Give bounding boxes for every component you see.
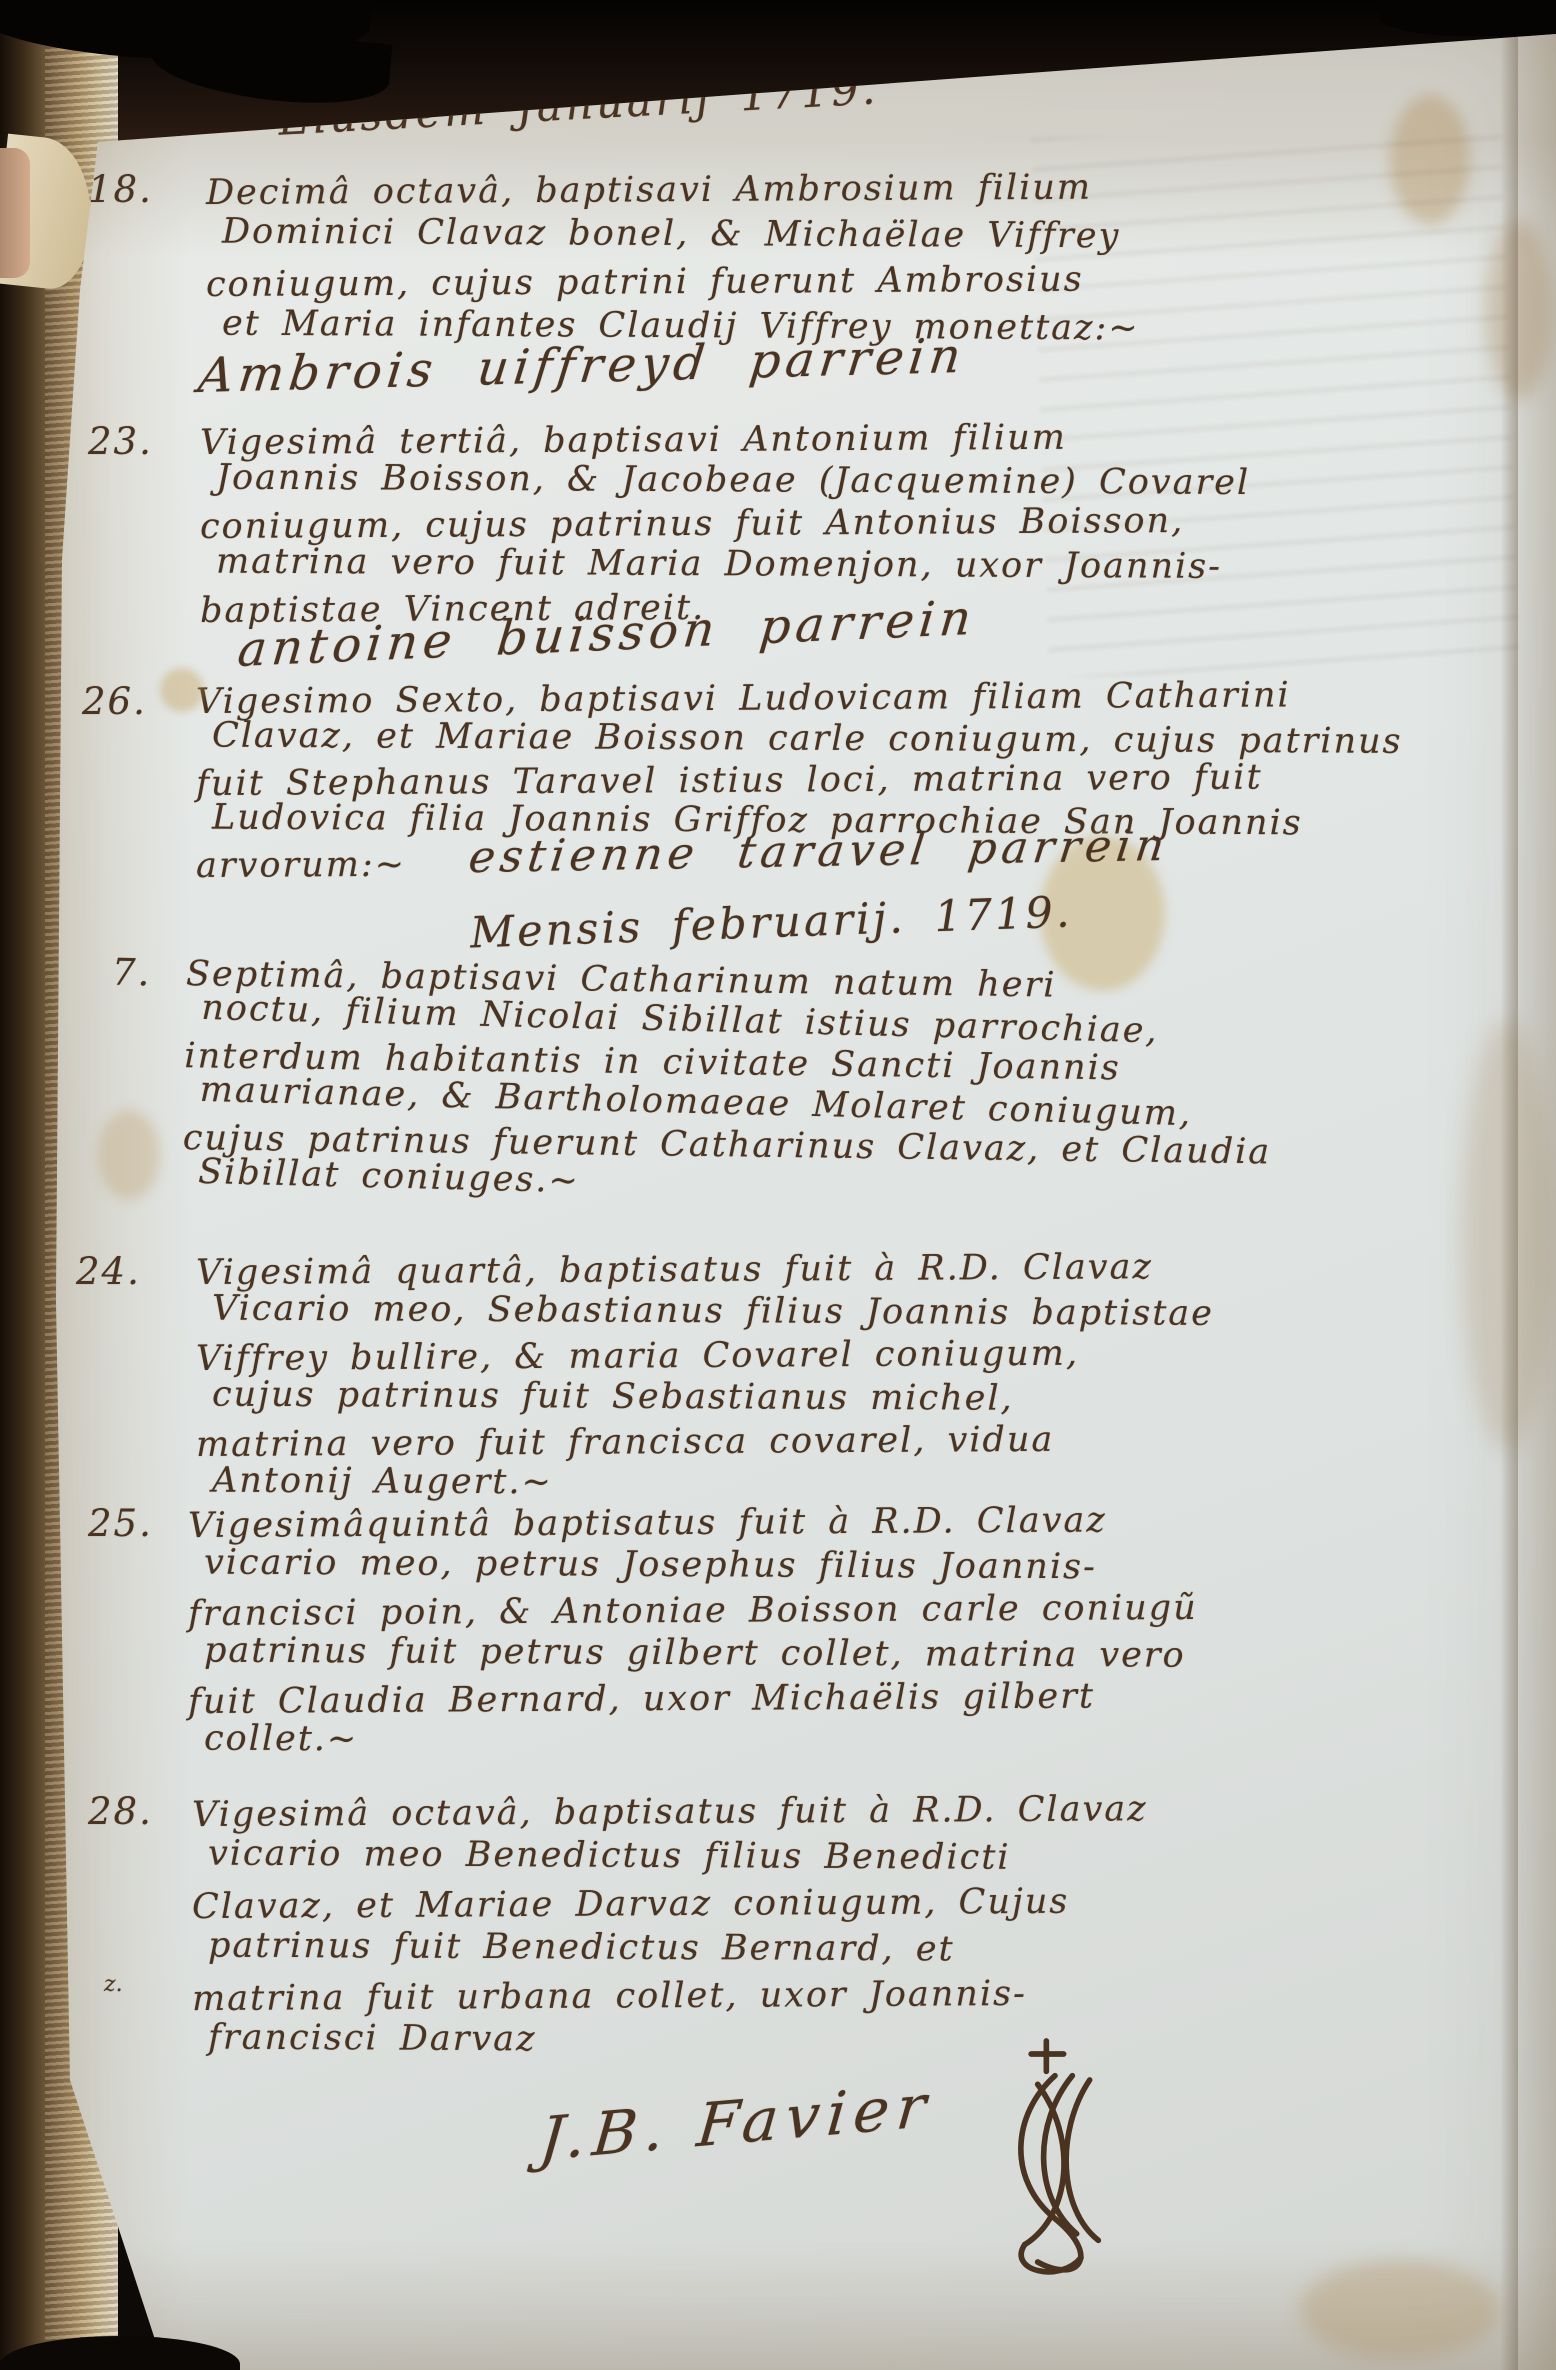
page-edge-sliver xyxy=(0,148,30,278)
month-header-february: Mensis februarij. 1719. xyxy=(469,888,1073,959)
shadow-blob xyxy=(1380,0,1556,36)
entry-line: Vigesimâ quartâ, baptisatus fuit à R.D. … xyxy=(196,1244,1526,1295)
baptism-entry-25: 25. Vigesimâquintâ baptisatus fuit à R.D… xyxy=(88,1500,1526,1764)
entry-line: vicario meo Benedictus filius Benedicti xyxy=(208,1831,1542,1884)
entry-day-number: 24. xyxy=(76,1250,141,1293)
entry-line: patrinus fuit petrus gilbert collet, mat… xyxy=(204,1629,1542,1680)
signature-flourish xyxy=(940,2028,1170,2288)
entry-text: Septimâ, baptisavi Catharinum natum heri… xyxy=(182,950,1528,1222)
entry-day-number: 18. xyxy=(88,168,153,211)
priest-signature: J.B. Favier xyxy=(537,2071,936,2175)
entry-line: Clavaz, et Mariae Darvaz coniugum, Cujus xyxy=(192,1876,1526,1930)
baptism-entry-28: 28. Vigesimâ octavâ, baptisatus fuit à R… xyxy=(88,1788,1526,2064)
entry-day-number: 26. xyxy=(82,680,147,723)
entry-line: matrina fuit urbana collet, uxor Joannis… xyxy=(192,1968,1526,2022)
paper-stain xyxy=(160,668,204,712)
manuscript-page: + 172 Eiusdem Januarij 1719. 18. Decimâ … xyxy=(0,0,1556,2370)
entry-text: Vigesimâquintâ baptisatus fuit à R.D. Cl… xyxy=(188,1500,1526,1764)
entry-line: vicario meo, petrus Josephus filius Joan… xyxy=(204,1541,1542,1592)
entry-line: Vigesimâquintâ baptisatus fuit à R.D. Cl… xyxy=(188,1496,1526,1548)
entry-line: collet.~ xyxy=(204,1717,1542,1768)
entry-day-number: 25. xyxy=(88,1502,153,1545)
entry-line: patrinus fuit Benedictus Bernard, et xyxy=(208,1923,1542,1976)
entry-line: fuit Claudia Bernard, uxor Michaëlis gil… xyxy=(188,1672,1526,1724)
entry-line: francisci poin, & Antoniae Boisson carle… xyxy=(188,1584,1526,1636)
paper-stain xyxy=(98,1110,160,1200)
paper-stain xyxy=(1300,2260,1500,2360)
entry-text: Vigesimâ octavâ, baptisatus fuit à R.D. … xyxy=(192,1788,1526,2064)
entry-day-number: 7. xyxy=(112,951,152,995)
entry-day-number: 23. xyxy=(88,420,153,463)
margin-mark: z. xyxy=(104,1972,123,1997)
entry-text: Vigesimâ quartâ, baptisatus fuit à R.D. … xyxy=(196,1248,1526,1506)
entry-day-number: 28. xyxy=(88,1790,153,1833)
entry-line: francisci Darvaz xyxy=(208,2015,1542,2068)
baptism-entry-24: 24. Vigesimâ quartâ, baptisatus fuit à R… xyxy=(88,1248,1526,1506)
entry-line: Viffrey bullire, & maria Covarel coniugu… xyxy=(196,1330,1526,1381)
ink-showthrough xyxy=(1031,122,1520,678)
entry-line: matrina vero fuit francisca covarel, vid… xyxy=(196,1416,1526,1467)
entry-line: Vigesimâ octavâ, baptisatus fuit à R.D. … xyxy=(192,1784,1526,1838)
baptism-entry-7: 7. Septimâ, baptisavi Catharinum natum h… xyxy=(86,948,1528,1222)
